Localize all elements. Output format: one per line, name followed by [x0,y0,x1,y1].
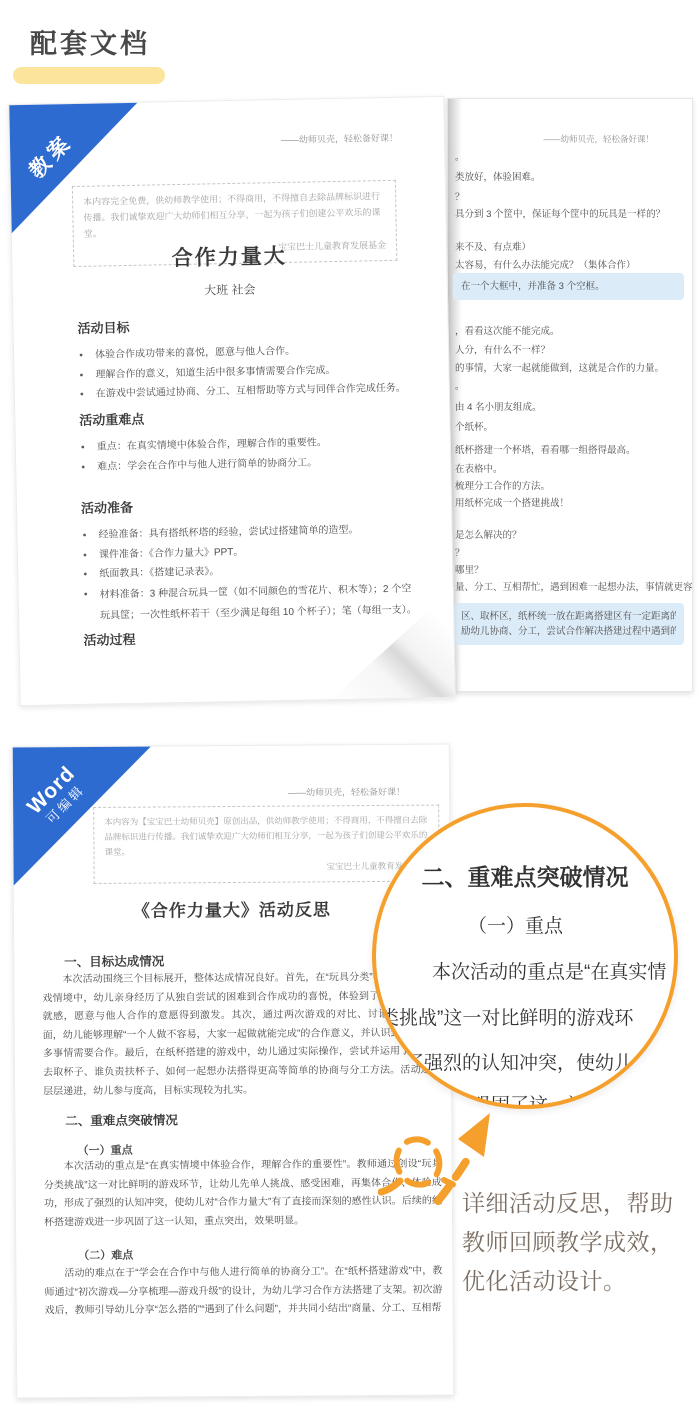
page-title: 配套文档 [30,22,150,61]
section-heading: 活动重难点 [79,404,413,429]
brand-slogan: ——幼师贝壳，轻松备好课！ [543,133,654,145]
section-heading: 二、重难点突破情况 [65,1110,178,1129]
sub-heading: （一）重点 [77,1142,132,1158]
page2-line: 太容易，有什么办法能完成？（集体合作） [455,257,692,271]
copyright-text: 本内容为【宝宝巴士幼师贝壳】原创出品，供幼师教学使用；不得商用，不得擅自去除品牌… [104,813,428,860]
section-heading: 一、目标达成情况 [64,951,164,970]
section-goals: 活动目标 体验合作成功带来的喜悦，愿意与他人合作。 理解合作的意义，知道生活中很… [77,312,413,405]
magnified-line: 本次活动的重点是“在真实情 [432,957,666,984]
section-heading: 活动目标 [77,312,411,337]
lesson-plan-page1: ——幼师贝壳，轻松备好课！ 本内容完全免费，供幼师教学使用；不得商用，不得擅自去… [8,96,455,706]
page2-line: 人分，有什么不一样？ [455,342,692,356]
page2-line: 来不及、有点难） [455,239,692,253]
brand-slogan: ——幼师贝壳，轻松备好课！ [288,785,405,799]
tip-box-line: 励幼儿协商、分工，尝试合作解决搭建过程中遇到的问题。 [461,624,676,639]
page2-line: 梳理分工合作的方法。 [455,478,692,492]
lesson-plan-page2: ——幼师贝壳，轻松备好课！ 。 类放好，体验困难。 ？ 具分到 3 个筐中，保证… [447,98,693,692]
page2-line: ？ [455,189,692,203]
section-preparation: 活动准备 经验准备：具有搭纸杯塔的经验，尝试过搭建简单的造型。 课件准备：《合作… [81,492,417,627]
brand-slogan: ——幼师贝壳，轻松备好课！ [281,131,398,146]
sub-heading: （二）难点 [78,1247,133,1263]
page2-line: 用纸杯完成一个搭建挑战！ [455,495,692,509]
page2-line: 由 4 名小朋友组成。 [455,399,692,413]
magnifier-circle: 二、重难点突破情况 （一）重点 本次活动的重点是“在真实情 类挑战”这一对比鲜明… [372,803,678,1109]
page2-line: 具分到 3 个筐中，保证每个筐中的玩具是一样的？ [455,206,692,220]
page2-line: 。 [455,378,692,392]
page2-line: 个纸杯。 [455,419,692,433]
page2-line: 的事情，大家一起就能做到，这就是合作的力量。 [455,360,692,374]
document-subtitle: 大班 社会 [13,277,447,302]
page2-line: ，看看这次能不能完成。 [455,323,692,337]
section-process: 活动过程 [83,623,417,657]
page2-line: 。 [455,149,692,163]
paragraph: 活动的难点在于“学会在合作中与他人进行简单的协商分工”。在“纸杯搭建游戏”中，教… [44,1263,442,1322]
tip-box-line: 区、取杯区，纸杯统一放在距离搭建区有一定距离的框中。2.教师巡回 [461,609,676,624]
section-heading: 活动准备 [81,492,415,517]
page2-line: 纸杯搭建一个杯塔，看看哪一组搭得最高。 [455,442,692,456]
section-heading: 活动过程 [83,623,417,648]
section-header: 配套文档 [30,22,150,61]
magnified-line: 类挑战”这一对比鲜明的游戏环 [380,1003,633,1030]
copyright-text: 本内容完全免费，供幼师教学使用；不得商用，不得擅自去除品牌标识进行传播。我们诚挚… [83,188,386,242]
bullet-item: 材料准备：3 种混合玩具一筐（如不同颜色的雪花片、积木等）；2 个空玩具筐；一次… [82,578,417,626]
section-key-points: 活动重难点 重点：在真实情境中体验合作，理解合作的重要性。 难点：学会在合作中与… [79,404,414,477]
page2-line: ？ [455,545,692,559]
magnified-line: （一）重点 [468,911,563,938]
page2-line: 量、分工、互相帮忙，遇到困难一起想办法，事情就更容易 [455,579,692,593]
page2-line: 哪里？ [455,562,692,576]
page2-line: 是怎么解决的？ [455,527,692,541]
tip-box: 区、取杯区，纸杯统一放在距离搭建区有一定距离的框中。2.教师巡回 励幼儿协商、分… [453,603,684,645]
yellow-highlight-bar [13,67,165,84]
page2-line: 在表格中。 [455,461,692,475]
arrow-icon [428,1105,513,1210]
page2-line: 类放好，体验困难。 [455,169,692,183]
tip-box: 在一个大框中，并准备 3 个空框。 [453,273,684,300]
page: { "colors": { "ribbon_blue": "#2e6bd0", … [0,0,700,1405]
magnified-line: 二、重难点突破情况 [376,859,674,892]
magnified-line: 成了强烈的认知冲突，使幼儿 [386,1048,633,1075]
